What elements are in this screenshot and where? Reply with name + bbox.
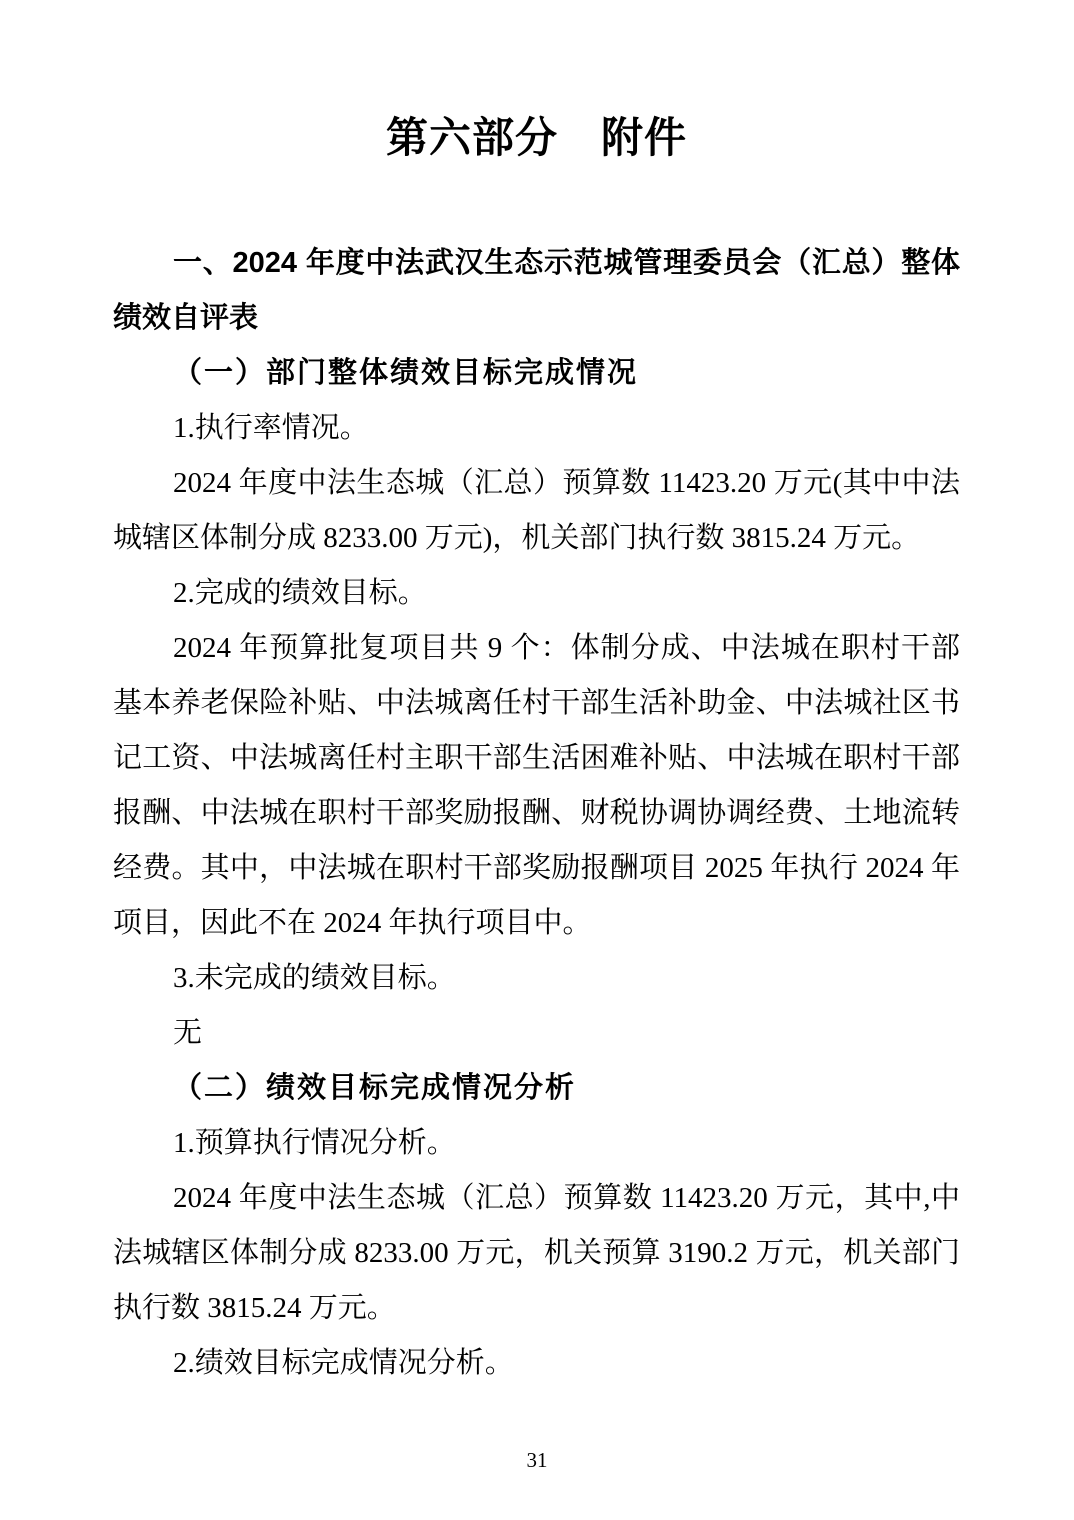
item-1-execution-rate-body: 2024 年度中法生态城（汇总）预算数 11423.20 万元(其中中法城辖区体…: [113, 456, 960, 566]
subsection-heading-1-2: （二）绩效目标完成情况分析: [113, 1061, 960, 1116]
section-heading-1: 一、2024 年度中法武汉生态示范城管理委员会（汇总）整体绩效自评表: [113, 236, 960, 346]
analysis-item-2-heading: 2.绩效目标完成情况分析。: [113, 1336, 960, 1391]
document-page: 第六部分 附件 一、2024 年度中法武汉生态示范城管理委员会（汇总）整体绩效自…: [0, 0, 1074, 1520]
page-number: 31: [0, 1448, 1074, 1472]
item-2-completed-goals-heading: 2.完成的绩效目标。: [113, 566, 960, 621]
item-3-uncompleted-goals-body: 无: [113, 1006, 960, 1061]
item-3-uncompleted-goals-heading: 3.未完成的绩效目标。: [113, 951, 960, 1006]
document-content: 第六部分 附件 一、2024 年度中法武汉生态示范城管理委员会（汇总）整体绩效自…: [0, 0, 1074, 1391]
subsection-heading-1-1: （一）部门整体绩效目标完成情况: [113, 346, 960, 401]
item-2-completed-goals-body: 2024 年预算批复项目共 9 个：体制分成、中法城在职村干部基本养老保险补贴、…: [113, 621, 960, 951]
document-title: 第六部分 附件: [113, 112, 960, 164]
analysis-item-1-heading: 1.预算执行情况分析。: [113, 1116, 960, 1171]
item-1-execution-rate-heading: 1.执行率情况。: [113, 401, 960, 456]
analysis-item-1-body: 2024 年度中法生态城（汇总）预算数 11423.20 万元，其中,中法城辖区…: [113, 1171, 960, 1336]
